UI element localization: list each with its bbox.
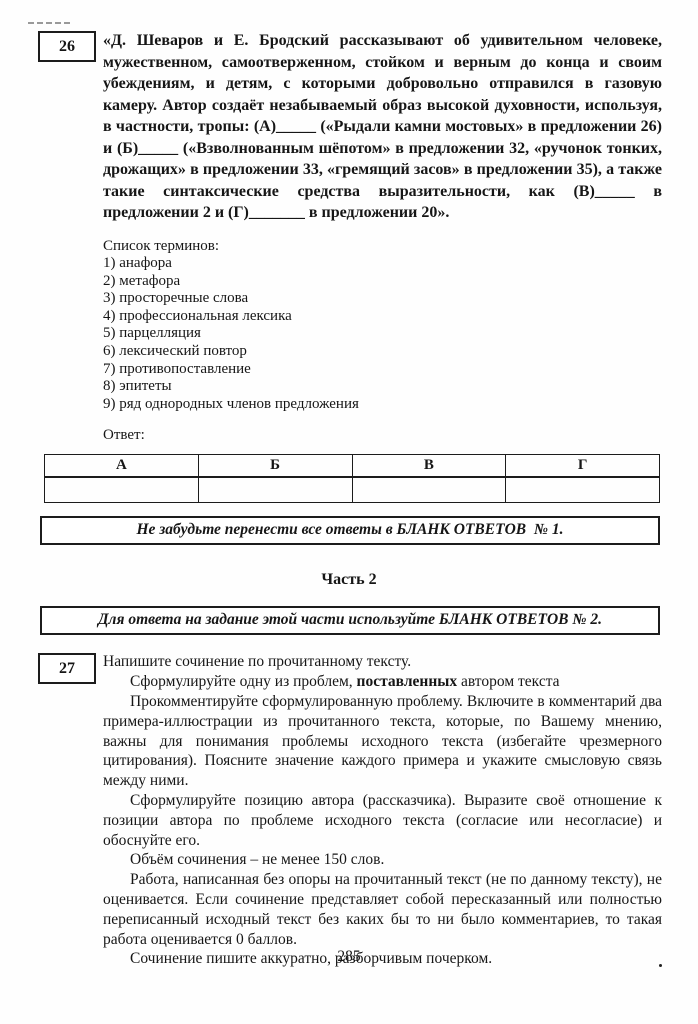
answer-cell-v bbox=[352, 477, 506, 503]
essay-problem-bold-word: поставленных bbox=[357, 673, 458, 690]
term-item: 5) парцелляция bbox=[103, 325, 662, 343]
essay-instruction-position: Сформулируйте позицию автора (рассказчик… bbox=[103, 791, 662, 850]
answer-header-v: В bbox=[352, 455, 506, 478]
term-item: 1) анафора bbox=[103, 255, 662, 273]
essay-instruction-grading: Работа, написанная без опоры на прочитан… bbox=[103, 870, 662, 949]
answer-label: Ответ: bbox=[103, 427, 662, 444]
term-item: 6) лексический повтор bbox=[103, 343, 662, 361]
answer-header-g: Г bbox=[506, 455, 660, 478]
answer-cell-g bbox=[506, 477, 660, 503]
page-number: 285 bbox=[0, 948, 698, 966]
task-26-content: «Д. Шеваров и Е. Бродский рассказывают о… bbox=[103, 30, 662, 444]
term-item: 9) ряд однородных членов предложения bbox=[103, 396, 662, 414]
answer-table-input-row bbox=[45, 477, 660, 503]
answer-table: А Б В Г bbox=[44, 454, 660, 503]
answer-cell-b bbox=[198, 477, 352, 503]
essay-instruction-comment: Прокомментируйте сформулированную пробле… bbox=[103, 692, 662, 791]
task-26-number-box: 26 bbox=[38, 31, 96, 62]
task-26-number: 26 bbox=[59, 38, 75, 56]
term-item: 4) профессиональная лексика bbox=[103, 308, 662, 326]
task-27-section: 27 Напишите сочинение по прочитанному те… bbox=[38, 652, 662, 969]
term-item: 7) противопоставление bbox=[103, 361, 662, 379]
scan-artifact-dashes bbox=[28, 22, 70, 24]
essay-instruction-problem: Сформулируйте одну из проблем, поставлен… bbox=[103, 672, 662, 692]
terms-block: Список терминов: 1) анафора 2) метафора … bbox=[103, 238, 662, 414]
terms-list: 1) анафора 2) метафора 3) просторечные с… bbox=[103, 255, 662, 413]
scan-artifact-dot bbox=[659, 964, 662, 967]
essay-instruction-volume: Объём сочинения – не менее 150 слов. bbox=[103, 850, 662, 870]
transfer-answers-banner-text: Не забудьте перенести все ответы в БЛАНК… bbox=[136, 521, 563, 538]
task-27-number-box: 27 bbox=[38, 653, 96, 684]
task-27-number: 27 bbox=[59, 660, 75, 678]
essay-problem-text-before: Сформулируйте одну из проблем, bbox=[130, 673, 357, 690]
term-item: 3) просторечные слова bbox=[103, 290, 662, 308]
task-26-text: «Д. Шеваров и Е. Бродский рассказывают о… bbox=[103, 30, 662, 224]
part-2-banner-text: Для ответа на задание этой части использ… bbox=[98, 611, 602, 628]
term-item: 2) метафора bbox=[103, 273, 662, 291]
answer-table-header-row: А Б В Г bbox=[45, 455, 660, 478]
terms-label: Список терминов: bbox=[103, 238, 662, 256]
answer-header-a: А bbox=[45, 455, 199, 478]
answer-cell-a bbox=[45, 477, 199, 503]
essay-problem-text-after: автором текста bbox=[457, 673, 559, 690]
task-27-content: Напишите сочинение по прочитанному текст… bbox=[103, 652, 662, 969]
essay-instruction-write: Напишите сочинение по прочитанному текст… bbox=[103, 652, 662, 672]
answer-header-b: Б bbox=[198, 455, 352, 478]
task-26-section: 26 «Д. Шеваров и Е. Бродский рассказываю… bbox=[38, 30, 662, 444]
part-2-heading: Часть 2 bbox=[0, 571, 698, 589]
part-2-banner: Для ответа на задание этой части использ… bbox=[40, 606, 660, 635]
term-item: 8) эпитеты bbox=[103, 378, 662, 396]
exam-page: 26 «Д. Шеваров и Е. Бродский рассказываю… bbox=[0, 0, 698, 1024]
transfer-answers-banner: Не забудьте перенести все ответы в БЛАНК… bbox=[40, 516, 660, 545]
